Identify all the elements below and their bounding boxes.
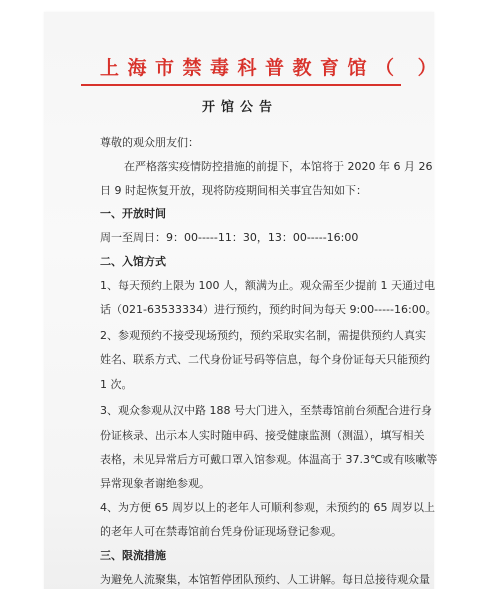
entry-line: 2、参观预约不接受现场预约，预约采取实名制，需提供预约人真实 (100, 327, 426, 343)
section-heading-entry-method: 二、入馆方式 (100, 253, 166, 269)
header-red-rule (81, 84, 401, 86)
section-heading-crowd-control: 三、限流措施 (100, 547, 166, 563)
crowd-control-text: 为避免人流聚集，本馆暂停团队预约、人工讲解。每日总接待观众量 (100, 571, 430, 587)
entry-line: 的老年人可在禁毒馆前台凭身份证现场登记参观。 (100, 523, 342, 539)
entry-line: 1 次。 (100, 376, 133, 392)
entry-line: 4、为方便 65 周岁以上的老年人可顺利参观，未预约的 65 周岁以上 (100, 499, 435, 515)
entry-line: 姓名、联系方式、二代身份证号码等信息，每个身份证每天只能预约 (100, 351, 430, 367)
entry-line: 异常现象者谢绝参观。 (100, 475, 210, 491)
salutation: 尊敬的观众朋友们： (100, 134, 199, 150)
entry-line: 3、观众参观从汉中路 188 号大门进入，至禁毒馆前台须配合进行身 (100, 402, 432, 418)
organization-header: 上海市禁毒科普教育馆（ ） (100, 53, 420, 80)
entry-line: 1、每天预约上限为 100 人，额满为止。观众需至少提前 1 天通过电 (100, 277, 435, 293)
notice-title: 开馆公告 (0, 96, 480, 115)
section-heading-opening-hours: 一、开放时间 (100, 205, 166, 221)
intro-line: 日 9 时起恢复开放，现将防疫期间相关事宜告知如下： (100, 182, 367, 198)
opening-hours-text: 周一至周日：9：00-----11：30，13：00-----16:00 (100, 229, 358, 245)
entry-line: 表格，未见异常后方可戴口罩入馆参观。体温高于 37.3℃或有咳嗽等 (100, 451, 437, 467)
entry-line: 份证核录、出示本人实时随申码、接受健康监测（测温），填写相关 (100, 427, 425, 443)
intro-line: 在严格落实疫情防控措施的前提下，本馆将于 2020 年 6 月 26 (124, 158, 432, 174)
entry-line: 话（021-63533334）进行预约，预约时间为每天 9:00-----16:… (100, 301, 437, 317)
